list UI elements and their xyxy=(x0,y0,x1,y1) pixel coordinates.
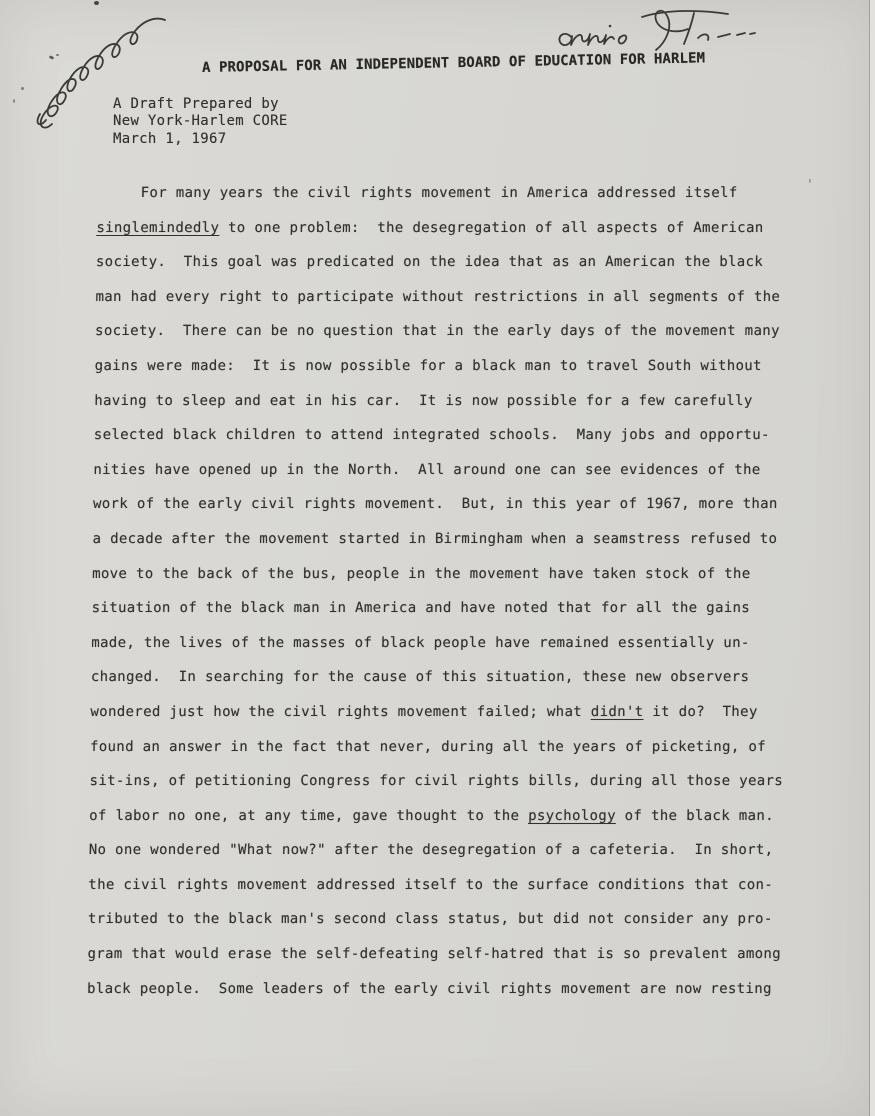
body-line: work of the early civil rights movement.… xyxy=(93,487,787,522)
scan-edge-strip xyxy=(870,0,875,1116)
body-line: society. This goal was predicated on the… xyxy=(96,245,790,280)
body-line: made, the lives of the masses of black p… xyxy=(91,626,785,661)
body-line: tributed to the black man's second class… xyxy=(88,902,782,937)
body-line: gains were made: It is now possible for … xyxy=(94,349,788,384)
body-line: gram that would erase the self-defeating… xyxy=(87,937,781,972)
body-line: black people. Some leaders of the early … xyxy=(87,972,781,1007)
ink-speck xyxy=(13,99,15,103)
handwritten-signature-top-right xyxy=(552,4,762,56)
ink-speck xyxy=(56,54,59,56)
byline-line: March 1, 1967 xyxy=(113,131,288,148)
scan-edge-line xyxy=(869,0,870,1116)
body-line: society. There can be no question that i… xyxy=(95,314,789,349)
byline-block: A Draft Prepared byNew York-Harlem COREM… xyxy=(113,96,288,148)
body-line: sit-ins, of petitioning Congress for civ… xyxy=(89,764,783,799)
body-line: a decade after the movement started in B… xyxy=(92,522,786,557)
body-line: the civil rights movement addressed itse… xyxy=(88,868,782,903)
body-line: selected black children to attend integr… xyxy=(94,418,788,453)
body-line: No one wondered "What now?" after the de… xyxy=(89,833,783,868)
body-line: man had every right to participate witho… xyxy=(95,280,789,315)
body-line: having to sleep and eat in his car. It i… xyxy=(94,384,788,419)
body-line: nities have opened up in the North. All … xyxy=(93,453,787,488)
body-line: of labor no one, at any time, gave thoug… xyxy=(89,799,783,834)
scanned-document-page: A PROPOSAL FOR AN INDEPENDENT BOARD OF E… xyxy=(0,0,875,1116)
body-line: For many years the civil rights movement… xyxy=(97,176,791,211)
body-line: singlemindedly to one problem: the deseg… xyxy=(96,211,790,246)
ink-speck xyxy=(21,87,24,90)
body-line: found an answer in the fact that never, … xyxy=(90,730,784,765)
body-line: move to the back of the bus, people in t… xyxy=(92,557,786,592)
document-title: A PROPOSAL FOR AN INDEPENDENT BOARD OF E… xyxy=(202,50,705,76)
body-line: wondered just how the civil rights movem… xyxy=(90,695,784,730)
body-line: situation of the black man in America an… xyxy=(92,591,786,626)
byline-line: A Draft Prepared by xyxy=(113,96,288,113)
ink-speck xyxy=(94,1,99,5)
stray-ink-mark: ' xyxy=(806,178,814,193)
body-text: For many years the civil rights movement… xyxy=(87,176,791,1006)
body-line: changed. In searching for the cause of t… xyxy=(91,660,785,695)
byline-line: New York-Harlem CORE xyxy=(113,113,288,130)
